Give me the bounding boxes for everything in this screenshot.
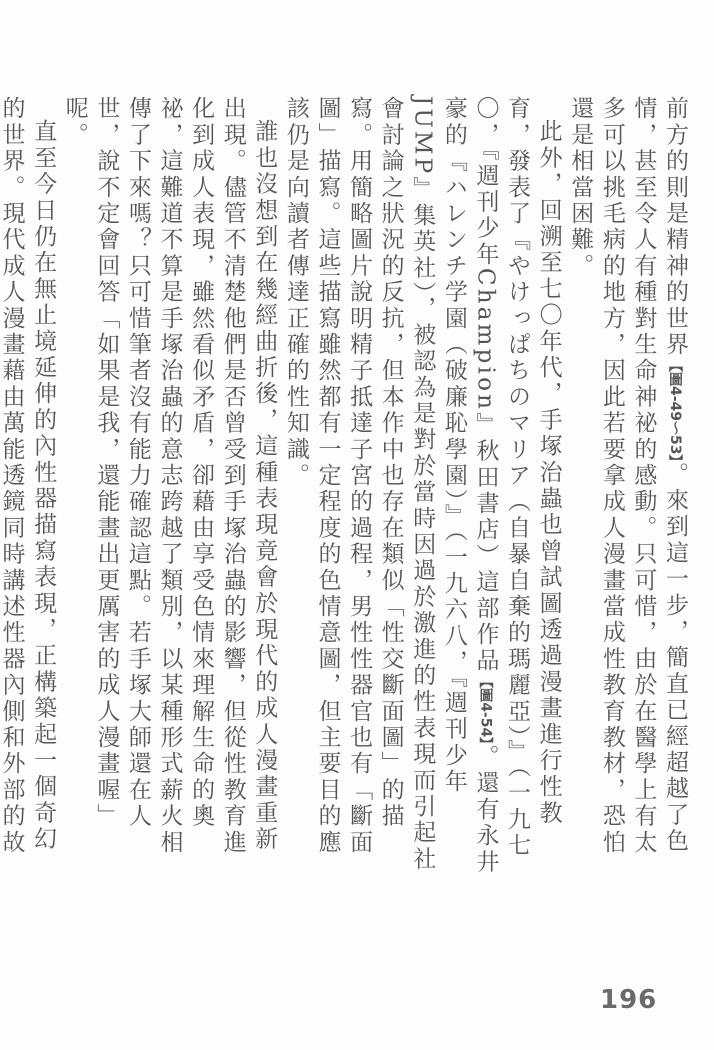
vertical-text-body: 前方的則是精神的世界【圖4-49～53】。來到這一步，簡直已經超越了色情，甚至令… — [0, 96, 690, 876]
paragraph-1-text-a: 前方的則是精神的世界 — [662, 96, 688, 358]
paragraph-2-text-b: 。還有永井豪的『ハレンチ学園（破廉恥學園）』（一九六八，『週刊少年JUMP』集英… — [283, 96, 499, 875]
book-page: 前方的則是精神的世界【圖4-49～53】。來到這一步，簡直已經超越了色情，甚至令… — [0, 0, 714, 1050]
page-number: 196 — [600, 985, 657, 1015]
paragraph-4-text: 直至今日仍在無止境延伸的內性器描寫表現，正構築起一個奇幻的世界。現代成人漫畫藉由… — [0, 96, 56, 856]
figure-reference-4-49-53: 【圖4-49～53】 — [667, 358, 683, 462]
paragraph-1: 前方的則是精神的世界【圖4-49～53】。來到這一步，簡直已經超越了色情，甚至令… — [564, 96, 690, 876]
figure-reference-4-54: 【圖4-54】 — [477, 674, 493, 744]
paragraph-2: 此外，回溯至七〇年代，手塚治蟲也曾試圖透過漫畫進行性教育，發表了『やけっぱちのマ… — [279, 96, 563, 876]
paragraph-3-text: 誰也沒想到在幾經曲折後，這種表現竟會於現代的成人漫畫重新出現。儘管不清楚他們是否… — [62, 96, 278, 856]
paragraph-4: 直至今日仍在無止境延伸的內性器描寫表現，正構築起一個奇幻的世界。現代成人漫畫藉由… — [0, 96, 58, 876]
paragraph-3: 誰也沒想到在幾經曲折後，這種表現竟會於現代的成人漫畫重新出現。儘管不清楚他們是否… — [58, 96, 279, 876]
